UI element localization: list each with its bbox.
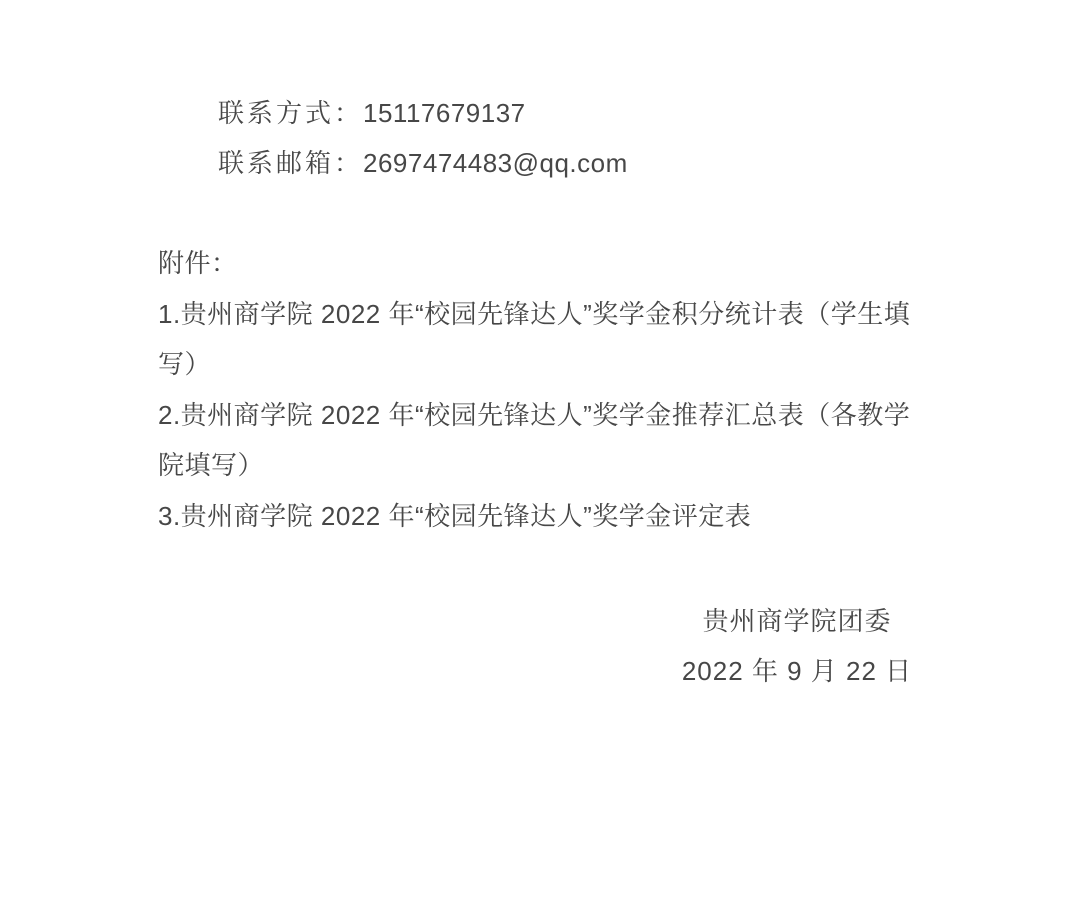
contact-phone-label: 联系方式： [218,98,363,128]
signature-date: 2022 年 9 月 22 日 [597,646,997,696]
contact-email-label: 联系邮箱： [218,148,363,178]
attachment-item-3-line-1: 3.贵州商学院 2022 年“校园先锋达人”奖学金评定表 [158,491,1079,542]
contact-phone-value: 15117679137 [363,98,526,128]
contact-email-line: 联系邮箱：2697474483@qq.com [218,138,1079,188]
contact-section: 联系方式：15117679137 联系邮箱：2697474483@qq.com [0,0,1079,188]
document-page: 联系方式：15117679137 联系邮箱：2697474483@qq.com … [0,0,1079,915]
signature-organization: 贵州商学院团委 [597,596,997,646]
attachment-item-2-line-1: 2.贵州商学院 2022 年“校园先锋达人”奖学金推荐汇总表（各教学 [158,390,1079,441]
attachment-item-1-line-2: 写） [158,339,1079,390]
attachment-item-1-line-1: 1.贵州商学院 2022 年“校园先锋达人”奖学金积分统计表（学生填 [158,289,1079,340]
contact-email-value: 2697474483@qq.com [363,148,628,178]
attachment-item-2-line-2: 院填写） [158,440,1079,491]
attachments-heading: 附件： [158,238,1079,289]
contact-phone-line: 联系方式：15117679137 [218,88,1079,138]
attachments-section: 附件： 1.贵州商学院 2022 年“校园先锋达人”奖学金积分统计表（学生填 写… [0,238,1079,541]
signature-section: 贵州商学院团委 2022 年 9 月 22 日 [597,596,997,696]
